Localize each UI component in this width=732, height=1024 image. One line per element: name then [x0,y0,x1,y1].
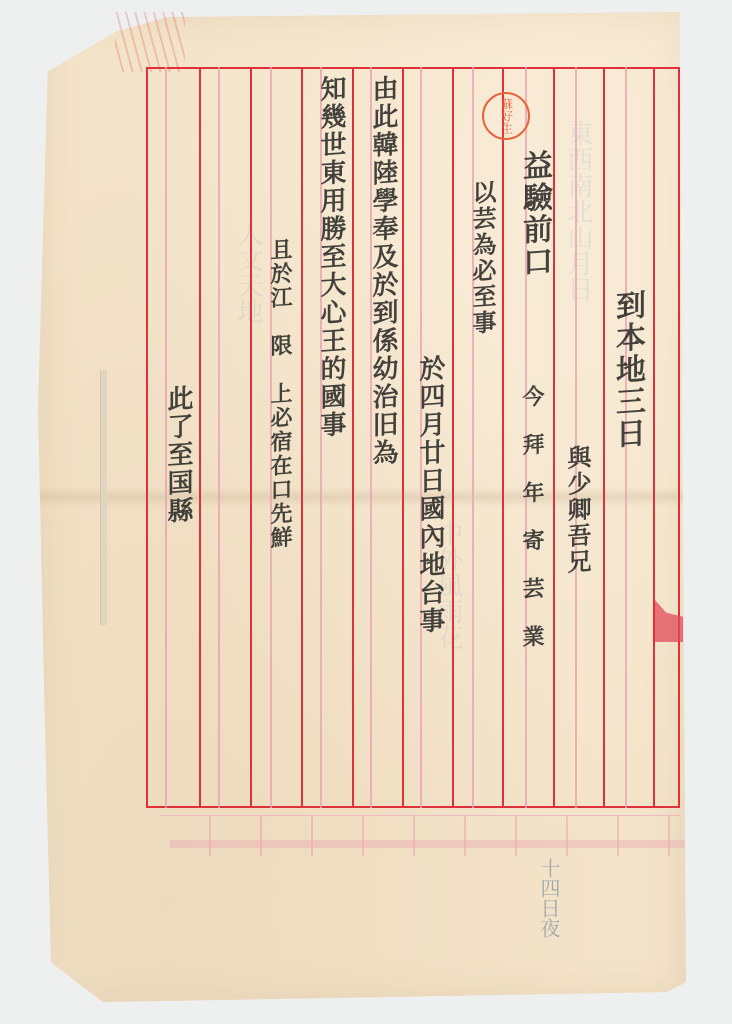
bottom-pencil-note: 十四日夜 [535,858,564,938]
red-seal-stamp: 蘇好生 [482,92,530,140]
text-column: 益驗前口 [512,148,556,279]
text-column: 知幾世東用勝至大心王的國事 [313,74,350,441]
rule-line [502,67,504,808]
rule-line-faint [472,67,474,808]
text-column: 由此韓陸學奉及於到係幼治旧為 [365,74,402,469]
text-column: 且於江 限 上必宿在口先鮮 [265,237,296,551]
rule-line [653,67,655,808]
rule-line [199,67,201,808]
rule-line-faint [218,67,220,808]
rule-line [250,67,252,808]
ghost-ruling [160,815,680,856]
rule-line [352,67,354,808]
ink-stain [115,12,185,72]
text-column: 到本地三日 [605,288,649,451]
rule-line-faint [575,67,577,808]
paper-fold [100,370,107,625]
text-column: 以芸為必至事 [465,179,500,337]
text-column: 此了至国縣 [160,384,197,527]
ghost-ruling [170,840,685,848]
text-column: 今 拜 年 寄 芸 業 [517,384,548,650]
rule-line [452,67,454,808]
rule-line [301,67,303,808]
rule-line [402,67,404,808]
text-column: 與少卿吾兄 [560,444,595,576]
text-column: 於四月廿日國內地台事 [412,354,449,637]
